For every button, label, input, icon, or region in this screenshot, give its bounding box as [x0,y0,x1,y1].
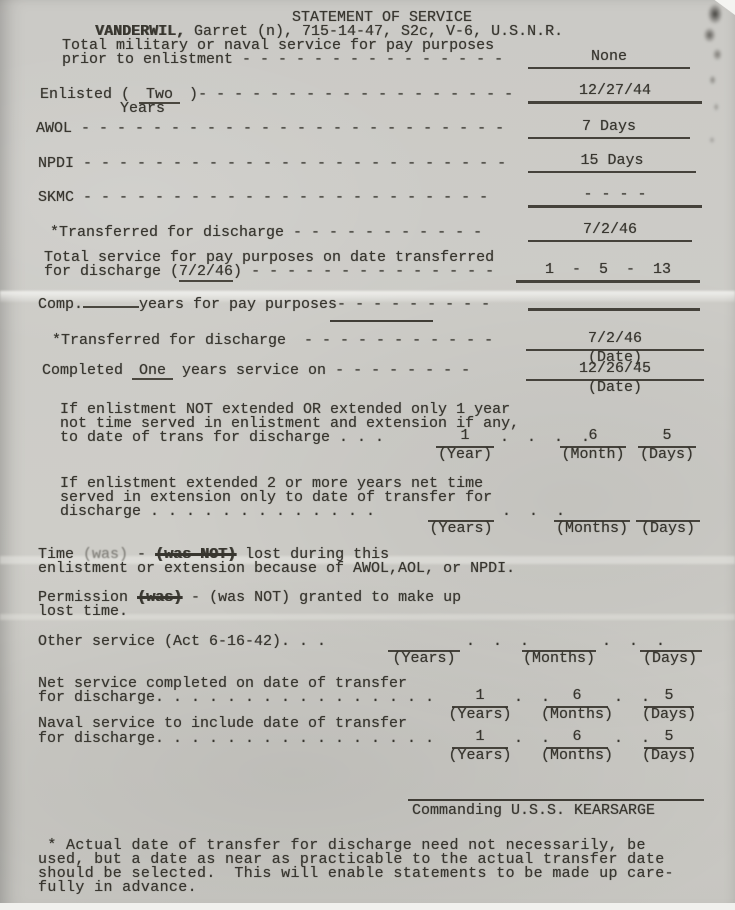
dotted-leader: - - - - - - - - - - - - - - - - - - - - … [72,120,504,137]
months-caption: (Months) [536,707,618,722]
permission-line2: lost time. [38,604,128,619]
months-caption: (Months) [536,748,618,763]
signature-rule [408,799,704,801]
net-service-line2: for discharge. . . . . . . . . . . . . .… [38,690,434,705]
awol-line: AWOL - - - - - - - - - - - - - - - - - -… [36,121,504,136]
permission-was-option-struck: (was) [137,589,182,606]
transfer-discharge2-label: *Transferred for discharge [52,332,295,349]
time-lost-line2: enlistment or extension because of AWOL,… [38,561,515,576]
naval-service-line1: Naval service to include date of transfe… [38,716,407,731]
skmc-line: SKMC - - - - - - - - - - - - - - - - - -… [38,190,488,205]
dotted-leader: - - - - - - - - - - - [284,224,482,241]
extended-years-value [428,501,494,522]
days-caption: (Days) [634,707,704,722]
dot-leader: . . . [466,634,529,649]
years-caption: (Years) [444,748,516,763]
days-caption: (Days) [630,651,710,666]
permission-wasnot-option: (was NOT) [209,589,290,606]
naval-service-line2: for discharge. . . . . . . . . . . . . .… [38,731,434,746]
months-caption: (Months) [542,521,642,536]
total-service-label-line2: for discharge (7/2/46) - - - - - - - - -… [44,264,494,279]
npdi-label: NPDI [38,155,74,172]
transfer-discharge-value: 7/2/46 [528,221,692,242]
days-caption: (Days) [628,521,708,536]
transfer-discharge-line: *Transferred for discharge - - - - - - -… [50,225,482,240]
option-separator: - [182,589,209,606]
awol-label: AWOL [36,120,72,137]
other-service-months-value [522,631,596,652]
transfer-discharge-label: *Transferred for discharge [50,224,284,241]
signature-title: Commanding U.S.S. KEARSARGE [412,803,655,818]
transfer-discharge2-line: *Transferred for discharge - - - - - - -… [52,333,493,348]
not-extended-line3: to date of trans for discharge . . . [60,430,384,445]
prior-service-label-line2: prior to enlistment - - - - - - - - - - … [62,52,503,67]
net-service-years-value: 1 [452,687,508,708]
net-service-months-value: 6 [546,687,608,708]
skmc-label: SKMC [38,189,74,206]
npdi-line: NPDI - - - - - - - - - - - - - - - - - -… [38,156,506,171]
enlisted-date-value: 12/27/44 [528,82,702,104]
comp-years-line: Comp.years for pay purposes- - - - - - -… [38,292,490,312]
dotted-leader: - - - - - - - - - - - - - - - - - - - - … [74,155,506,172]
total-service-label-close: ) [233,263,242,280]
prior-service-label: prior to enlistment [62,51,233,68]
naval-service-days-value: 5 [644,728,694,749]
years-caption: (Years) [444,707,516,722]
extended-line3: discharge . . . . . . . . . . . . . [60,504,375,519]
section-divider-rule [330,320,433,322]
skmc-value: - - - - [528,186,702,208]
total-service-value: 1 - 5 - 13 [516,261,700,283]
scan-smudge-artifact [697,2,727,152]
prior-service-value: None [528,48,690,69]
years-caption: (Years) [380,651,468,666]
net-service-days-value: 5 [644,687,694,708]
date-caption: (Date) [526,380,704,395]
dotted-leader: - - - - - - - - - - - - - - - [233,51,503,68]
awol-value: 7 Days [528,118,690,139]
completed-term-value: One [132,363,173,380]
not-extended-month-value: 6 [560,427,626,448]
comp-label-rest: years for pay purposes- [139,296,346,313]
days-caption: (Days) [628,447,706,462]
dot-leader: . . [514,731,550,746]
dotted-leader: - - - - - - - - [346,296,490,313]
years-caption: (Years) [420,521,502,536]
dot-leader: . . [514,690,550,705]
completed-label: Completed [42,362,132,379]
completed-date-value: 12/26/45 [526,360,704,381]
dotted-leader: - - - - - - - - [326,362,470,379]
dotted-leader: - - - - - - - - - - - - - - [242,263,494,280]
year-caption: (Year) [426,447,504,462]
other-service-years-value [388,631,460,652]
dotted-leader: - - - - - - - - - - - [295,332,493,349]
completed-service-line: Completed One years service on - - - - -… [42,363,470,380]
completed-label-rest: years service on [173,362,326,379]
other-service-line: Other service (Act 6-16-42). . . [38,634,326,649]
naval-service-months-value: 6 [546,728,608,749]
enlisted-label-close: ) [180,86,198,103]
naval-service-years-value: 1 [452,728,508,749]
total-service-date: 7/2/46 [179,263,233,282]
enlisted-line: Enlisted ( Two )- - - - - - - - - - - - … [40,87,513,104]
permission-label-rest: granted to make up [290,589,461,606]
extended-months-value [554,501,630,522]
footnote-line4: fully in advance. [38,880,197,895]
comp-label: Comp. [38,296,83,313]
dotted-leader: - - - - - - - - - - - - - - - - - - - - … [74,189,488,206]
days-caption: (Days) [634,748,704,763]
other-service-days-value [640,631,702,652]
not-extended-day-value: 5 [638,427,696,448]
total-service-label: for discharge ( [44,263,179,280]
npdi-value: 15 Days [528,152,696,173]
month-caption: (Month) [546,447,640,462]
months-caption: (Months) [512,651,606,666]
page-edge [0,903,735,910]
extended-days-value [636,501,700,522]
comp-years-value [528,289,700,311]
transfer-discharge2-value: 7/2/46 [526,330,704,351]
comp-blank-field [83,292,139,308]
dotted-leader: - - - - - - - - - - - - - - - - - - [198,86,513,103]
enlisted-term-caption: Years [120,101,165,116]
scanned-document-page: STATEMENT OF SERVICE VANDERWIL, Garret (… [0,0,735,910]
not-extended-year-value: 1 [436,427,494,448]
